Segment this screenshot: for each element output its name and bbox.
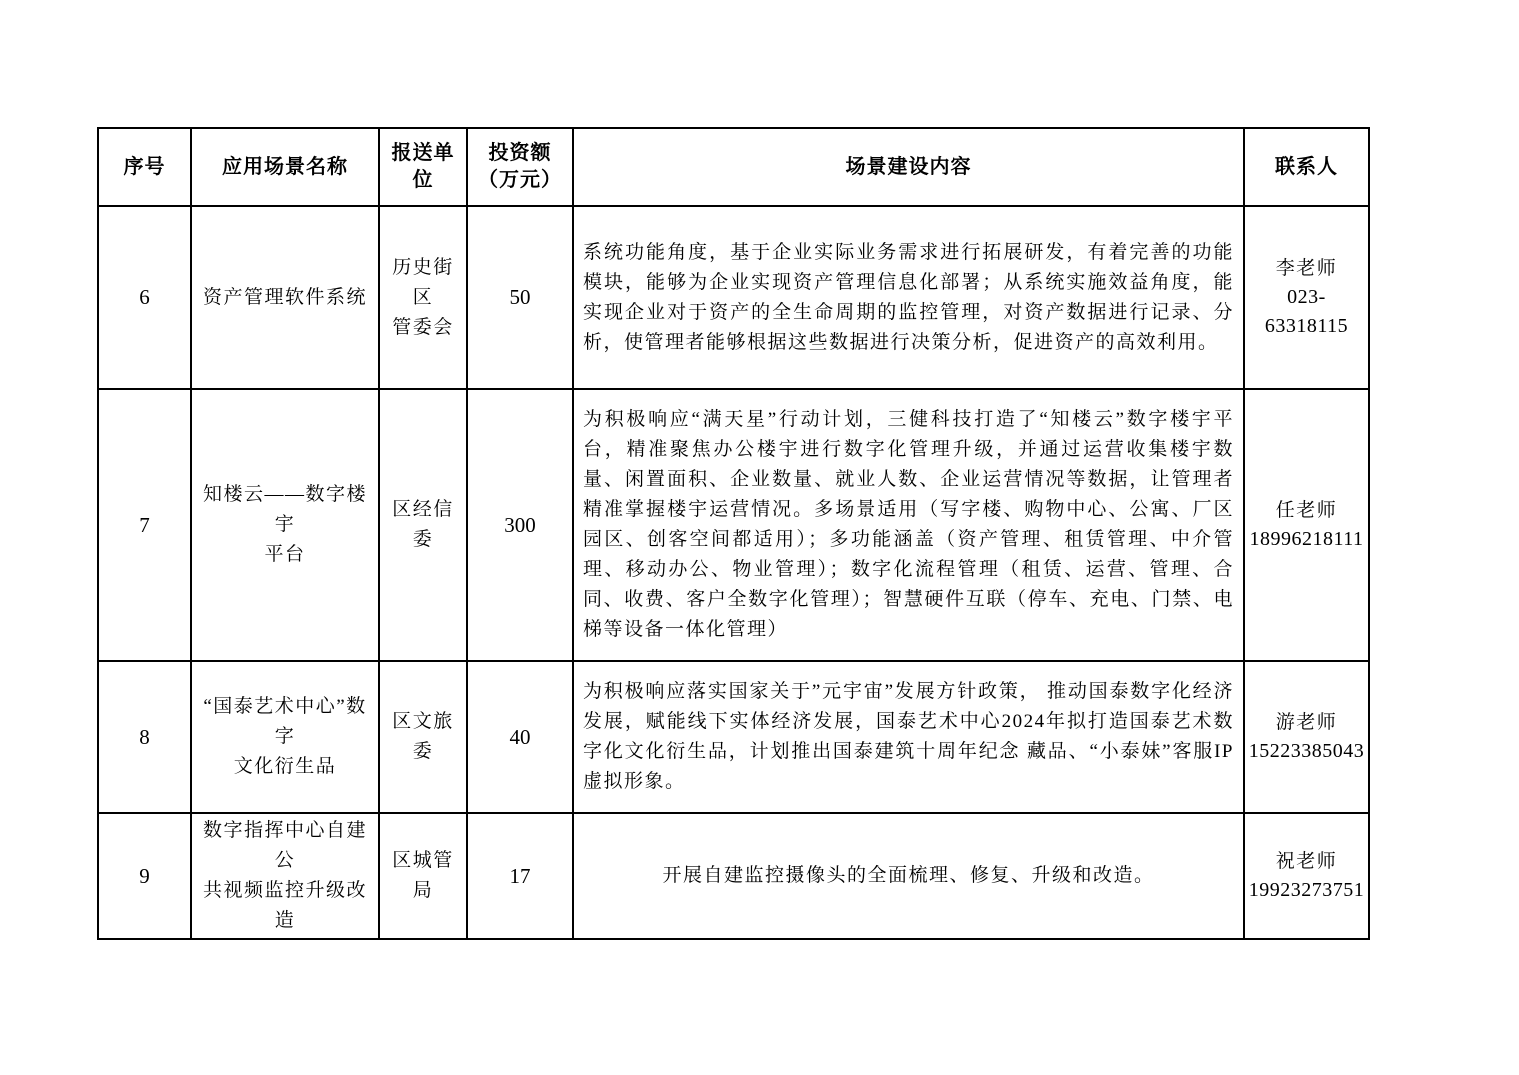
cell-scenario-name: “国泰艺术中心”数字 文化衍生品 (191, 661, 379, 813)
scenario-table: 序号 应用场景名称 报送单 位 投资额 （万元） 场景建设内容 联系人 6 资产… (97, 127, 1370, 940)
header-contact: 联系人 (1244, 128, 1369, 206)
cell-construction-content: 为积极响应“满天星”行动计划，三健科技打造了“知楼云”数字楼宇平台，精准聚焦办公… (573, 389, 1244, 661)
contact-name: 任老师 (1247, 496, 1366, 525)
cell-investment: 300 (467, 389, 573, 661)
cell-serial-number: 7 (98, 389, 191, 661)
contact-name: 游老师 (1247, 708, 1366, 737)
cell-reporting-unit: 区经信委 (379, 389, 467, 661)
cell-investment: 50 (467, 206, 573, 389)
table-header-row: 序号 应用场景名称 报送单 位 投资额 （万元） 场景建设内容 联系人 (98, 128, 1369, 206)
header-construction-content: 场景建设内容 (573, 128, 1244, 206)
cell-contact: 游老师 15223385043 (1244, 661, 1369, 813)
cell-reporting-unit: 区城管局 (379, 813, 467, 939)
document-page: 序号 应用场景名称 报送单 位 投资额 （万元） 场景建设内容 联系人 6 资产… (0, 0, 1519, 1075)
cell-contact: 李老师 023-63318115 (1244, 206, 1369, 389)
cell-scenario-name: 数字指挥中心自建公 共视频监控升级改造 (191, 813, 379, 939)
cell-contact: 任老师 18996218111 (1244, 389, 1369, 661)
contact-phone: 023-63318115 (1247, 283, 1366, 341)
cell-reporting-unit: 区文旅委 (379, 661, 467, 813)
table-row: 7 知楼云——数字楼宇 平台 区经信委 300 为积极响应“满天星”行动计划，三… (98, 389, 1369, 661)
cell-construction-content: 开展自建监控摄像头的全面梳理、修复、升级和改造。 (573, 813, 1244, 939)
cell-scenario-name: 资产管理软件系统 (191, 206, 379, 389)
cell-investment: 40 (467, 661, 573, 813)
cell-serial-number: 6 (98, 206, 191, 389)
cell-serial-number: 9 (98, 813, 191, 939)
table-row: 9 数字指挥中心自建公 共视频监控升级改造 区城管局 17 开展自建监控摄像头的… (98, 813, 1369, 939)
header-scenario-name: 应用场景名称 (191, 128, 379, 206)
contact-name: 祝老师 (1247, 847, 1366, 876)
header-reporting-unit: 报送单 位 (379, 128, 467, 206)
cell-serial-number: 8 (98, 661, 191, 813)
header-investment: 投资额 （万元） (467, 128, 573, 206)
contact-phone: 15223385043 (1247, 737, 1366, 766)
table-row: 6 资产管理软件系统 历史街区 管委会 50 系统功能角度，基于企业实际业务需求… (98, 206, 1369, 389)
cell-construction-content: 系统功能角度，基于企业实际业务需求进行拓展研发，有着完善的功能模块，能够为企业实… (573, 206, 1244, 389)
contact-phone: 19923273751 (1247, 876, 1366, 905)
contact-phone: 18996218111 (1247, 525, 1366, 554)
cell-investment: 17 (467, 813, 573, 939)
cell-construction-content: 为积极响应落实国家关于”元宇宙”发展方针政策， 推动国泰数字化经济发展，赋能线下… (573, 661, 1244, 813)
table-row: 8 “国泰艺术中心”数字 文化衍生品 区文旅委 40 为积极响应落实国家关于”元… (98, 661, 1369, 813)
cell-contact: 祝老师 19923273751 (1244, 813, 1369, 939)
contact-name: 李老师 (1247, 254, 1366, 283)
cell-scenario-name: 知楼云——数字楼宇 平台 (191, 389, 379, 661)
header-serial-number: 序号 (98, 128, 191, 206)
cell-reporting-unit: 历史街区 管委会 (379, 206, 467, 389)
